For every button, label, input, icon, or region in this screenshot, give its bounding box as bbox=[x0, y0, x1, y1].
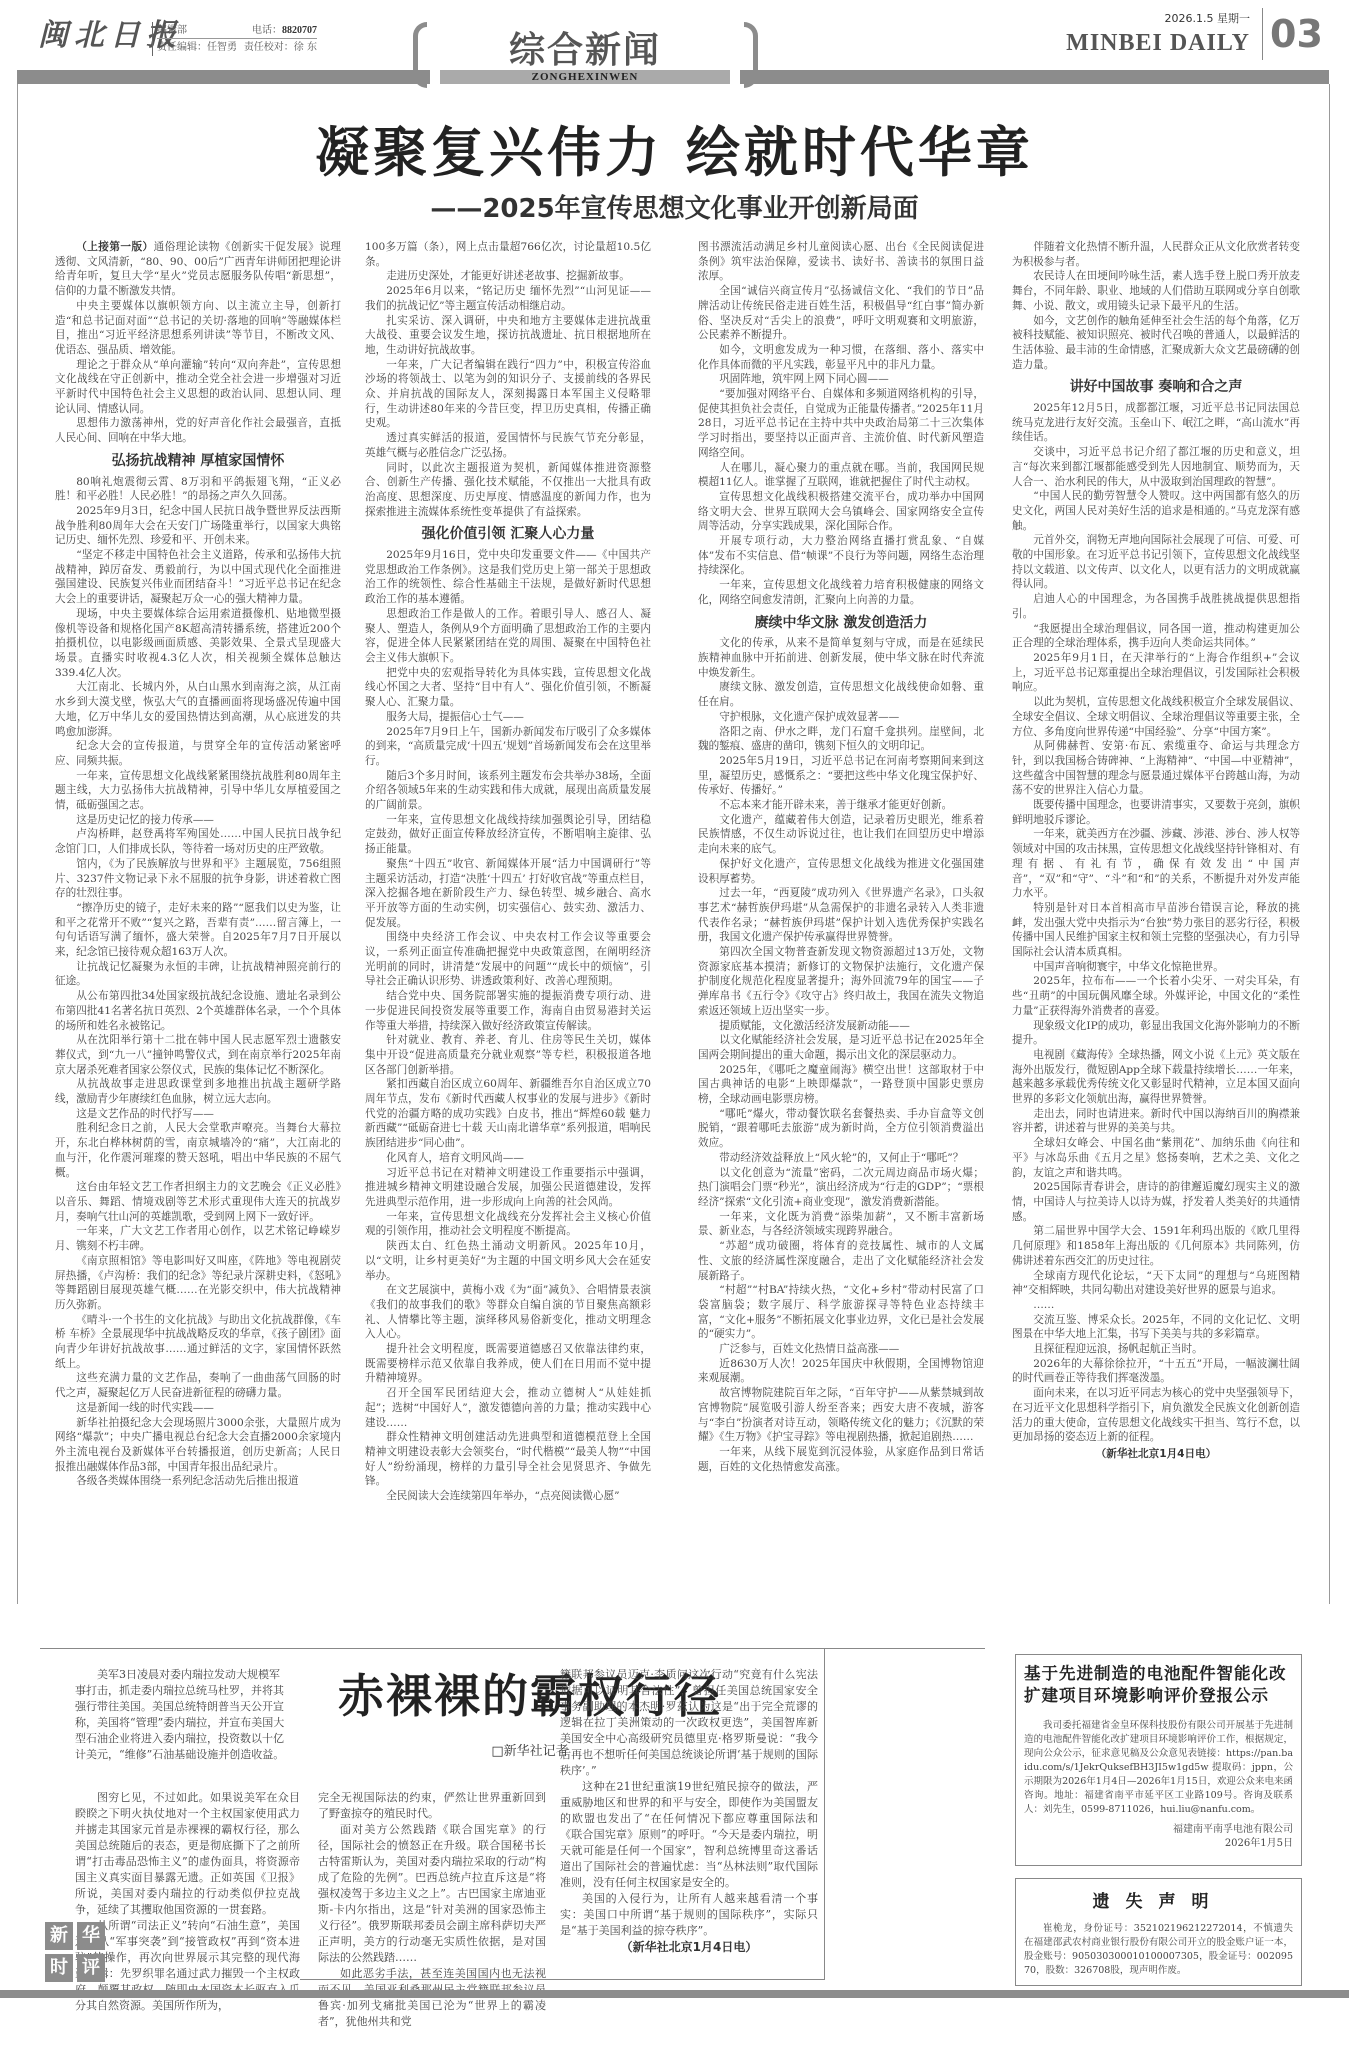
article-paragraph: 80响礼炮震彻云霄、8万羽和平鸽振翅飞翔，“正义必胜！和平必胜！人民必胜！”的昂… bbox=[55, 475, 341, 504]
article-paragraph: 围绕中央经济工作会议、中央农村工作会议等重要会议，一系列正面宣传准确把握党中央政… bbox=[365, 930, 651, 989]
article-paragraph: 思想伟力激荡神州，党的好声音化作社会最强音，直抵人民心间、回响在中华大地。 bbox=[55, 416, 341, 445]
article-paragraph: 这台由年轻文艺工作者担纲主力的文艺晚会《正义必胜》以音乐、舞蹈、情境戏剧等艺术形… bbox=[55, 1180, 341, 1224]
notice-company: 福建南平南孚电池有限公司 bbox=[1024, 1823, 1293, 1837]
bracket-right-icon bbox=[744, 22, 758, 88]
badge-char: 新 bbox=[45, 1922, 73, 1950]
article-dateline: （新华社北京1月4日电） bbox=[1012, 1447, 1300, 1462]
article-paragraph: 交流互鉴、博采众长。2025年，不同的文化记忆、文明图景在中华大地上汇集，书写下… bbox=[1012, 1313, 1300, 1342]
article-paragraph: 馆内，《为了民族解放与世界和平》主题展览，756组照片、3237件文物记录下永不… bbox=[55, 857, 341, 901]
article-paragraph: “擦净历史的镜子，走好未来的路”“愿我们以史为鉴，让和平之花常开不败”“复兴之路… bbox=[55, 901, 341, 960]
commentary-paragraph: 美军3日凌晨对委内瑞拉发动大规模军事打击，抓走委内瑞拉总统马杜罗，并将其强行带往… bbox=[75, 1667, 290, 1763]
article-paragraph: 聚焦“十四五”收官、新闻媒体开展“活力中国调研行”等主题采访活动，打造“决胜‘十… bbox=[365, 857, 651, 931]
article-column-4: 伴随着文化热情不断升温，人民群众正从文化欣赏者转变为积极参与者。 农民诗人在田埂… bbox=[1012, 240, 1300, 1600]
article-paragraph: 随后3个多月时间，该系列主题发布会共举办38场，全面介绍各领域5年来的生动实践和… bbox=[365, 769, 651, 813]
article-paragraph: 特别是针对日本首相高市早苗涉台错误言论，释放的挑衅，发出强大党中央指示为“台独”… bbox=[1012, 901, 1300, 960]
article-paragraph: 元首外交，润物无声地向国际社会展现了可信、可爱、可敬的中国形象。在习近平总书记引… bbox=[1012, 533, 1300, 592]
article-paragraph: 第四次全国文物普查新发现文物资源超过13万处，文物资源家底基本摸清；新修订的文物… bbox=[698, 945, 984, 1019]
notice-body: 我司委托福建省金皇环保科技股份有限公司开展基于先进制造的电池配件智能化改扩建项目… bbox=[1024, 1719, 1293, 1817]
article-paragraph: 从抗战故事走进思政课堂到多地推出抗战主题研学路线，激励青少年赓续红色血脉，树立远… bbox=[55, 1077, 341, 1106]
article-paragraph: 开展专项行动，大力整治网络直播打赏乱象、“自媒体”发布不实信息、借“帧课”不良行… bbox=[698, 534, 984, 578]
article-paragraph: 这些充满力量的文艺作品，奏响了一曲曲荡气回肠的时代之声，凝聚起亿万人民奋进新征程… bbox=[55, 1371, 341, 1400]
article-paragraph: 理论之于群众从“单向灌输”转向“双向奔赴”，宣传思想文化战线在守正创新中，推动全… bbox=[55, 358, 341, 417]
article-paragraph: 胜利纪念日之前，人民大会堂歌声嘹亮。当舞台大幕拉开，东北白桦林树荫的雪，南京城墙… bbox=[55, 1121, 341, 1180]
notice-title: 遗失声明 bbox=[1024, 1887, 1293, 1912]
article-paragraph: 且探征程迎远浪，扬帆起航正当时。 bbox=[1012, 1342, 1300, 1357]
article-paragraph: 召开全国军民团结迎大会，推动立德树人“从娃娃抓起”；选树“中国好人”，激发德德向… bbox=[365, 1386, 651, 1430]
article-paragraph: 2025年7月9日上午，国新办新闻发布厅吸引了众多媒体的到来，“高质量完成‘十四… bbox=[365, 725, 651, 769]
article-paragraph: 一年来，从线下展览到沉浸体验，从家庭作品到日常话题，百姓的文化热情愈发高涨。 bbox=[698, 1445, 984, 1474]
article-paragraph: 中国声音响彻寰宇，中华文化惊艳世界。 bbox=[1012, 960, 1300, 975]
article-paragraph: 习近平总书记在对精神文明建设工作重要指示中强调，推进城乡精神文明建设融合发展，加… bbox=[365, 1166, 651, 1210]
article-paragraph: 走出去，同时也请进来。新时代中国以海纳百川的胸襟兼容并蓄，讲述着与世界的美美与共… bbox=[1012, 1107, 1300, 1136]
commentary-paragraph: 美国的入侵行为，让所有人越来越看清一个事实：美国口中所谓“基于规则的国际秩序”，… bbox=[560, 1891, 818, 1939]
article-paragraph: 带动经济效益释放上“风火轮”的，又何止于“哪吒”？ bbox=[698, 1151, 984, 1166]
article-paragraph: 扎实采访、深入调研，中央和地方主要媒体走进抗战重大战役、重要会议发生地，探访抗战… bbox=[365, 314, 651, 358]
notice-title: 基于先进制造的电池配件智能化改扩建项目环境影响评价登报公示 bbox=[1024, 1663, 1293, 1707]
article-paragraph: 面向未来，在以习近平同志为核心的党中央坚强领导下，在习近平文化思想科学指引下，肩… bbox=[1012, 1386, 1300, 1445]
article-paragraph: 提质赋能，文化激活经济发展新动能—— bbox=[698, 1019, 984, 1034]
article-paragraph: 第二届世界中国学大会、1591年利玛出版的《欧几里得几何原理》和1858年上海出… bbox=[1012, 1224, 1300, 1268]
article-paragraph: 结合党中央、国务院部署实施的提振消费专项行动、进一步促进民间投资发展等重要工作，… bbox=[365, 989, 651, 1033]
page-border-left bbox=[17, 84, 18, 1604]
article-paragraph: 2025年9月16日，党中央印发重要文件——《中国共产党思想政治工作条例》。这是… bbox=[365, 548, 651, 607]
section-title: 综合新闻 bbox=[430, 22, 740, 73]
article-paragraph: 故宫博物院建院百年之际，“百年守护——从紫禁城到故宫博物院”展览吸引游人纷至沓来… bbox=[698, 1386, 984, 1445]
article-paragraph: 2025年9月3日，纪念中国人民抗日战争暨世界反法西斯战争胜利80周年大会在天安… bbox=[55, 504, 341, 548]
article-paragraph: 纪念大会的宣传报道，与贯穿全年的宣传活动紧密呼应、同频共振。 bbox=[55, 739, 341, 768]
article-paragraph: 2025年，《哪吒之魔童闹海》横空出世！这部取材于中国古典神话的电影“上映即爆款… bbox=[698, 1063, 984, 1107]
page-border-right bbox=[1329, 84, 1330, 1604]
article-paragraph: 现场，中央主要媒体综合运用索道摄像机、贴地微型摄像机等设备和规格化国产8K超高清… bbox=[55, 607, 341, 681]
commentary-paragraph: 完全无视国际法的约束，俨然让世界重新回到了野蛮掠夺的殖民时代。 bbox=[318, 1790, 546, 1822]
article-paragraph: 伴随着文化热情不断升温，人民群众正从文化欣赏者转变为积极参与者。 bbox=[1012, 240, 1300, 269]
article-paragraph: 让抗战记忆凝聚为永恒的丰碑，让抗战精神照亮前行的征途。 bbox=[55, 960, 341, 989]
article-paragraph: 洛阳之南、伊水之畔，龙门石窟千龛拱列。崖壁间，北魏的錾痕、盛唐的凿印，镌刻下恒久… bbox=[698, 725, 984, 754]
article-paragraph: 守护根脉，文化遗产保护成效显著—— bbox=[698, 710, 984, 725]
article-paragraph: “哪吒”爆火，带动餐饮联名套餐热卖、手办盲盒等文创脱销，“跟着哪吒去旅游”成为新… bbox=[698, 1107, 984, 1151]
commentary-intro: 美军3日凌晨对委内瑞拉发动大规模军事打击，抓走委内瑞拉总统马杜罗，并将其强行带往… bbox=[75, 1667, 290, 1763]
article-paragraph: 过去一年，“西夏陵”成功列入《世界遗产名录》，口头叙事艺术“赫哲族伊玛堪”从急需… bbox=[698, 886, 984, 945]
article-paragraph: 提升社会文明程度，既需要道德感召又依靠法律约束，既需要榜样示范又依靠自我养成，使… bbox=[365, 1342, 651, 1386]
commentary-column-3: 籍联邦参议员迈克·李质问这次行动“究竟有什么宪法依据可以证明其合法性”，曾担任美… bbox=[560, 1667, 818, 1955]
article-paragraph: 2025年9月1日，在天津举行的“上海合作组织+”会议上，习近平总书记郑重提出全… bbox=[1012, 651, 1300, 695]
article-paragraph: 从公布第四批34处国家级抗战纪念设施、遗址名录到公布第四批41名著名抗日英烈、2… bbox=[55, 989, 341, 1033]
article-paragraph: 近8630万人次！2025年国庆中秋假期，全国博物馆迎来观展潮。 bbox=[698, 1357, 984, 1386]
article-paragraph: 2025年5月19日，习近平总书记在河南考察期间来到这里，凝望历史，感慨系之：“… bbox=[698, 754, 984, 798]
article-paragraph: 交谈中，习近平总书记介绍了都江堰的历史和意义，坦言“每次来到都江堰都能感受到先人… bbox=[1012, 445, 1300, 489]
article-column-2: 100多万篇（条），网上点击量超766亿次，讨论量超10.5亿条。 走进历史深处… bbox=[365, 240, 651, 1560]
article-paragraph: “中国人民的勤劳智慧令人赞叹。这中两国都有悠久的历史文化，两国人民对美好生活的追… bbox=[1012, 489, 1300, 533]
article-paragraph: 赓续文脉、激发创造，宣传思想文化战线使命如磐、重任在肩。 bbox=[698, 680, 984, 709]
article-paragraph: 图书漂流活动满足乡村儿童阅读心愿、出台《全民阅读促进条例》筑牢法治保障，爱读书、… bbox=[698, 240, 984, 284]
main-headline: 凝聚复兴伟力 绘就时代华章 bbox=[0, 110, 1349, 187]
article-paragraph: 从在沈阳举行第十二批在韩中国人民志愿军烈士遗骸安葬仪式，到“九一八”撞钟鸣警仪式… bbox=[55, 1033, 341, 1077]
article-paragraph: 一年来，宣传思想文化战线紧紧围绕抗战胜利80周年主题主线，大力弘扬伟大抗战精神，… bbox=[55, 769, 341, 813]
article-paragraph: 全球妇女峰会、中国名曲“紫荆花”、加纳乐曲《向往和平》与冰岛乐曲《五月之星》悠扬… bbox=[1012, 1136, 1300, 1180]
commentary-paragraph: 从所谓“司法正义”转向“石油生意”，美国这套从“军事突袭”到“接管政权”再到“资… bbox=[75, 1918, 300, 2014]
xinhua-commentary-badge: 新 华 时 评 bbox=[45, 1922, 105, 1982]
issue-date: 2026.1.5 星期一 bbox=[1120, 10, 1250, 26]
article-paragraph: “村超”“村BA”持续火热，“文化+乡村”带动村民富了口袋富脑袋；数字展厅、科学… bbox=[698, 1283, 984, 1342]
article-paragraph: 如今，文明愈发成为一种习惯，在落细、落小、落实中化作具体而微的平凡实践，彰显平凡… bbox=[698, 343, 984, 372]
page-number: 03 bbox=[1270, 12, 1323, 56]
section-heading: 弘扬抗战精神 厚植家国情怀 bbox=[55, 454, 341, 469]
article-paragraph: 启迪人心的中国理念，为各国携手战胜挑战提供思想指引。 bbox=[1012, 592, 1300, 621]
article-paragraph: 大江南北、长城内外，从白山黑水到南海之滨，从江南水乡到大漠戈壁，恢弘大气的直播画… bbox=[55, 680, 341, 739]
bracket-left-icon bbox=[413, 22, 427, 88]
article-paragraph: 透过真实鲜活的报道，爱国情怀与民族气节充分彰显，英雄气概与必胜信念广泛弘扬。 bbox=[365, 431, 651, 460]
article-paragraph: “要加强对网络平台、自媒体和多频道网络机构的引导，促使其担负社会责任，自觉成为正… bbox=[698, 387, 984, 461]
sub-headline: ——2025年宣传思想文化事业开创新局面 bbox=[0, 188, 1349, 225]
article-paragraph: 把党中央的宏观指导转化为具体实践，宣传思想文化战线心怀国之大者、坚持“目中有人”… bbox=[365, 666, 651, 710]
article-paragraph: 人在哪儿，凝心聚力的重点就在哪。当前，我国网民规模超11亿人。谁掌握了互联网，谁… bbox=[698, 461, 984, 490]
article-paragraph: （上接第一版）通俗理论读物《创新实干促发展》说理透彻、文风清新，“80、90、0… bbox=[55, 240, 341, 299]
commentary-dateline: （新华社北京1月4日电） bbox=[560, 1939, 818, 1955]
article-paragraph: 中央主要媒体以旗帜领方向、以主流立主导，创新打造“和总书记面对面”“总书记的关切… bbox=[55, 299, 341, 358]
article-paragraph: “坚定不移走中国特色社会主义道路，传承和弘扬伟大抗战精神，踔厉奋发、勇毅前行，为… bbox=[55, 548, 341, 607]
section-heading: 赓续中华文脉 激发创造活力 bbox=[698, 616, 984, 631]
article-paragraph: 100多万篇（条），网上点击量超766亿次，讨论量超10.5亿条。 bbox=[365, 240, 651, 269]
article-paragraph: 全国“诚信兴商宣传月”弘扬诚信文化、“我们的节日”品牌活动让传统民俗走进百姓生活… bbox=[698, 284, 984, 343]
article-paragraph: 现象级文化IP的成功，彰显出我国文化海外影响力的不断提升。 bbox=[1012, 1019, 1300, 1048]
article-paragraph: 一年来，宣传思想文化战线持续加强舆论引导，团结稳定鼓劲，做好正面宣传释放经济宣传… bbox=[365, 813, 651, 857]
article-paragraph: 卢沟桥畔，赵登禹将军殉国处……中国人民抗日战争纪念馆门口，人们排成长队，等待着一… bbox=[55, 827, 341, 856]
article-paragraph: 走进历史深处，才能更好讲述老故事、挖掘新故事。 bbox=[365, 269, 651, 284]
article-paragraph: 同时，以此次主题报道为契机，新闻媒体推进资源整合、创新生产传播、强化技术赋能，不… bbox=[365, 461, 651, 520]
paper-name-en: MINBEI DAILY bbox=[960, 30, 1250, 57]
article-paragraph: 保护好文化遗产，宣传思想文化战线为推进文化强国建设积厚蓄势。 bbox=[698, 857, 984, 886]
article-paragraph: 陕西太白、红色热土涌动文明新风。2025年10月，以“文明，让乡村更美好”为主题… bbox=[365, 1239, 651, 1283]
article-paragraph: 服务大局，提振信心士气—— bbox=[365, 710, 651, 725]
footer-bar bbox=[0, 1990, 1349, 1998]
article-paragraph: 不忘本来才能开辟未来，善于继承才能更好创新。 bbox=[698, 798, 984, 813]
article-paragraph: 农民诗人在田埂间吟咏生活，素人选手登上脱口秀开放麦舞台，不同年龄、职业、地域的人… bbox=[1012, 269, 1300, 313]
article-paragraph: 如今，文艺创作的触角延伸至社会生活的每个角落，亿万被科技赋能、被知识照亮、被时代… bbox=[1012, 314, 1300, 373]
article-paragraph: 这是文艺作品的时代抒写—— bbox=[55, 1107, 341, 1122]
article-paragraph: 全民阅读大会连续第四年举办，“点亮阅读微心愿” bbox=[365, 1489, 651, 1504]
badge-char: 时 bbox=[45, 1954, 73, 1982]
proofreader-credit: 责任校对：徐 东 bbox=[244, 39, 317, 56]
badge-char: 评 bbox=[77, 1954, 105, 1982]
page-separator bbox=[1262, 8, 1263, 60]
article-column-1: （上接第一版）通俗理论读物《创新实干促发展》说理透彻、文风清新，“80、90、0… bbox=[55, 240, 341, 1560]
editor-credit: 责任编辑：任智勇 bbox=[157, 39, 237, 56]
commentary-paragraph: 这种在21世纪重演19世纪殖民掠夺的做法，严重威胁地区和世界的和平与安全，即使作… bbox=[560, 1779, 818, 1891]
article-paragraph: 文化的传承，从来不是简单复刻与守成，而是在延续民族精神血脉中开拓前进、创新发展，… bbox=[698, 636, 984, 680]
article-paragraph: 化风育人，培育文明风尚—— bbox=[365, 1151, 651, 1166]
section-heading: 强化价值引领 汇聚人心力量 bbox=[365, 527, 651, 542]
notice-body: 崔桅龙，身份证号：352102196212272014，不慎遗失在福建邵武农村商… bbox=[1024, 1922, 1293, 1978]
article-paragraph: 广泛参与，百姓文化热情日益高涨—— bbox=[698, 1342, 984, 1357]
continued-from-label: （上接第一版） bbox=[76, 241, 153, 253]
article-paragraph: 从阿佛赫哲、安第·布瓦、索缆重夺、命运与共理念方针，到以我国杨合铸碑神、“上海精… bbox=[1012, 739, 1300, 798]
article-paragraph: 针对就业、教育、养老、育儿、住房等民生关切，媒体集中开设“促进高质量充分就业观察… bbox=[365, 1033, 651, 1077]
notice-date: 2026年1月5日 bbox=[1024, 1837, 1293, 1851]
article-paragraph: 思想政治工作是做人的工作。着眼引导人、感召人、凝聚人、塑造人，条例从9个方面明确… bbox=[365, 607, 651, 666]
eia-public-notice: 基于先进制造的电池配件智能化改扩建项目环境影响评价登报公示 我司委托福建省金皇环… bbox=[1015, 1654, 1302, 1866]
commentary-paragraph: 籍联邦参议员迈克·李质问这次行动“究竟有什么宪法依据可以证明其合法性”，曾担任美… bbox=[560, 1667, 818, 1779]
section-title-en: ZONGHEXINWEN bbox=[440, 70, 730, 84]
article-paragraph: 这是新闻一线的时代实践—— bbox=[55, 1401, 341, 1416]
article-paragraph: 紧扣西藏自治区成立60周年、新疆维吾尔自治区成立70周年节点，发布《新时代西藏人… bbox=[365, 1077, 651, 1151]
article-paragraph: 巩固阵地，筑牢网上网下同心圆—— bbox=[698, 372, 984, 387]
commentary-paragraph: 面对美方公然践踏《联合国宪章》的行径，国际社会的愤怒正在升级。联合国秘书长古特雷… bbox=[318, 1822, 546, 1966]
phone-number: 8820707 bbox=[282, 25, 317, 36]
article-paragraph: 2025年12月5日，成都都江堰，习近平总书记同法国总统马克龙进行友好交流。玉垒… bbox=[1012, 401, 1300, 445]
article-paragraph: 2025国际青春讲会，唐诗的韵律邂逅魔幻现实主义的激情，中国诗人与拉美诗人以诗为… bbox=[1012, 1180, 1300, 1224]
article-paragraph: 新华社拍摄纪念大会现场照片3000余张，大量照片成为网络“爆款”；中央广播电视总… bbox=[55, 1416, 341, 1475]
article-paragraph: 这是历史记忆的接力传承—— bbox=[55, 813, 341, 828]
article-paragraph: 一年来，宣传思想文化战线充分发挥社会主义核心价值观的引领作用，推动社会文明程度不… bbox=[365, 1210, 651, 1239]
section-heading: 讲好中国故事 奏响和合之声 bbox=[1012, 380, 1300, 395]
masthead-info: 编辑部 电话：8820707 责任编辑：任智勇 责任校对：徐 东 bbox=[152, 22, 317, 56]
article-paragraph: “苏超”成功破圈，将体育的竞技属性、城市的人文属性、文旅的经济属性深度融合，走出… bbox=[698, 1239, 984, 1283]
article-paragraph: 一年来，广大文艺工作者用心创作，以艺术铭记峥嵘岁月、镌刻不朽丰碑。 bbox=[55, 1224, 341, 1253]
article-paragraph: 既要传播中国理念，也要讲清事实，又要数于亮剑，旗帜鲜明地驳斥谬论。 bbox=[1012, 798, 1300, 827]
article-column-3: 图书漂流活动满足乡村儿童阅读心愿、出台《全民阅读促进条例》筑牢法治保障，爱读书、… bbox=[698, 240, 984, 1560]
article-paragraph: 2025年，拉布布——一个长着小尖牙、一对尖耳朵，有些“丑萌”的中国玩偶风靡全球… bbox=[1012, 974, 1300, 1018]
article-paragraph: 电视剧《藏海传》全球热播，网文小说《上元》英文版在海外出版发行，微短剧App全球… bbox=[1012, 1048, 1300, 1107]
article-paragraph: 宣传思想文化战线积极搭建交流平台，成功举办中国网络文明大会、世界互联网大会乌镇峰… bbox=[698, 490, 984, 534]
commentary-paragraph: 图穷匕见，不过如此。如果说美军在众目睽睽之下明火执仗地对一个主权国家使用武力并掳… bbox=[75, 1790, 300, 1918]
article-paragraph: …… bbox=[1012, 1298, 1300, 1313]
article-paragraph: 群众性精神文明创建活动先进典型和道德模范登上全国精神文明建设表彰大会领奖台，“时… bbox=[365, 1430, 651, 1489]
article-paragraph: 2026年的大幕徐徐拉开，“十五五”开局，一幅波澜壮阔的时代画卷正等待我们挥毫泼… bbox=[1012, 1357, 1300, 1386]
phone-label: 电话： bbox=[252, 25, 282, 36]
article-paragraph: 一年来，宣传思想文化战线着力培育积极健康的网络文化，网络空间愈发清朗，汇聚向上向… bbox=[698, 578, 984, 607]
loss-statement-notice: 遗失声明 崔桅龙，身份证号：352102196212272014，不慎遗失在福建… bbox=[1015, 1878, 1302, 1986]
dept-label: 编辑部 bbox=[157, 22, 187, 38]
article-paragraph: 一年来，广大记者编辑在践行“四力”中，积极宣传浴血沙场的将领战士、以笔为剑的知识… bbox=[365, 358, 651, 432]
article-paragraph: 在文艺展演中，黄梅小戏《为“面”减负》、合唱情景表演《我们的故事我们的歌》等群众… bbox=[365, 1283, 651, 1342]
badge-char: 华 bbox=[77, 1922, 105, 1950]
article-paragraph: 《晴斗·一个书生的文化抗战》与助出文化抗战群像，《车桥 车桥》全景展现华中抗战战… bbox=[55, 1313, 341, 1372]
article-paragraph: 以文化赋能经济社会发展，是习近平总书记在2025年全国两会期间提出的重大命题，揭… bbox=[698, 1033, 984, 1062]
article-paragraph: 2025年6月以来，“铭记历史 缅怀先烈”“山河见证——我们的抗战记忆”等主题宣… bbox=[365, 284, 651, 313]
article-paragraph: “我愿提出全球治理倡议，同各国一道，推动构建更加公正合理的全球治理体系，携手迈向… bbox=[1012, 622, 1300, 651]
article-paragraph: 文化遗产，蕴藏着伟大创造，记录着历史眼光，维系着民族情感，不仅生动诉说过往，也让… bbox=[698, 813, 984, 857]
article-paragraph: 一年来，就美西方在沙疆、涉藏、涉港、涉台、涉人权等领域对中国的攻击抹黑，宣传思想… bbox=[1012, 827, 1300, 901]
article-paragraph: 各级各类媒体围绕一系列纪念活动先后推出报道 bbox=[55, 1474, 341, 1489]
article-paragraph: 《南京照相馆》等电影叫好又叫座，《阵地》等电视剧荧屏热播，《卢沟桥：我们的纪念》… bbox=[55, 1254, 341, 1313]
article-paragraph: 全球南方现代化论坛，“天下太同”的理想与“乌班图精神”交相辉映，共同勾勒出对建设… bbox=[1012, 1269, 1300, 1298]
article-paragraph: 以文化创意为“流量”密码，二次元周边商品市场火爆；热门演唱会门票“秒光”，演出经… bbox=[698, 1166, 984, 1210]
article-paragraph: 一年来，文化既为消费“添柴加薪”，又不断丰富新场景、新业态，与各经济领域实现跨界… bbox=[698, 1210, 984, 1239]
commentary-paragraph: 如此恶劣手法，甚至连美国国内也无法视而不见。美国亚利桑那州民主党籍联邦参议员鲁宾… bbox=[318, 1966, 546, 2030]
article-paragraph: 以此为契机，宣传思想文化战线积极宣介全球发展倡议、全球安全倡议、全球文明倡议、全… bbox=[1012, 695, 1300, 739]
commentary-column-1: 图穷匕见，不过如此。如果说美军在众目睽睽之下明火执仗地对一个主权国家使用武力并掳… bbox=[75, 1790, 300, 2014]
